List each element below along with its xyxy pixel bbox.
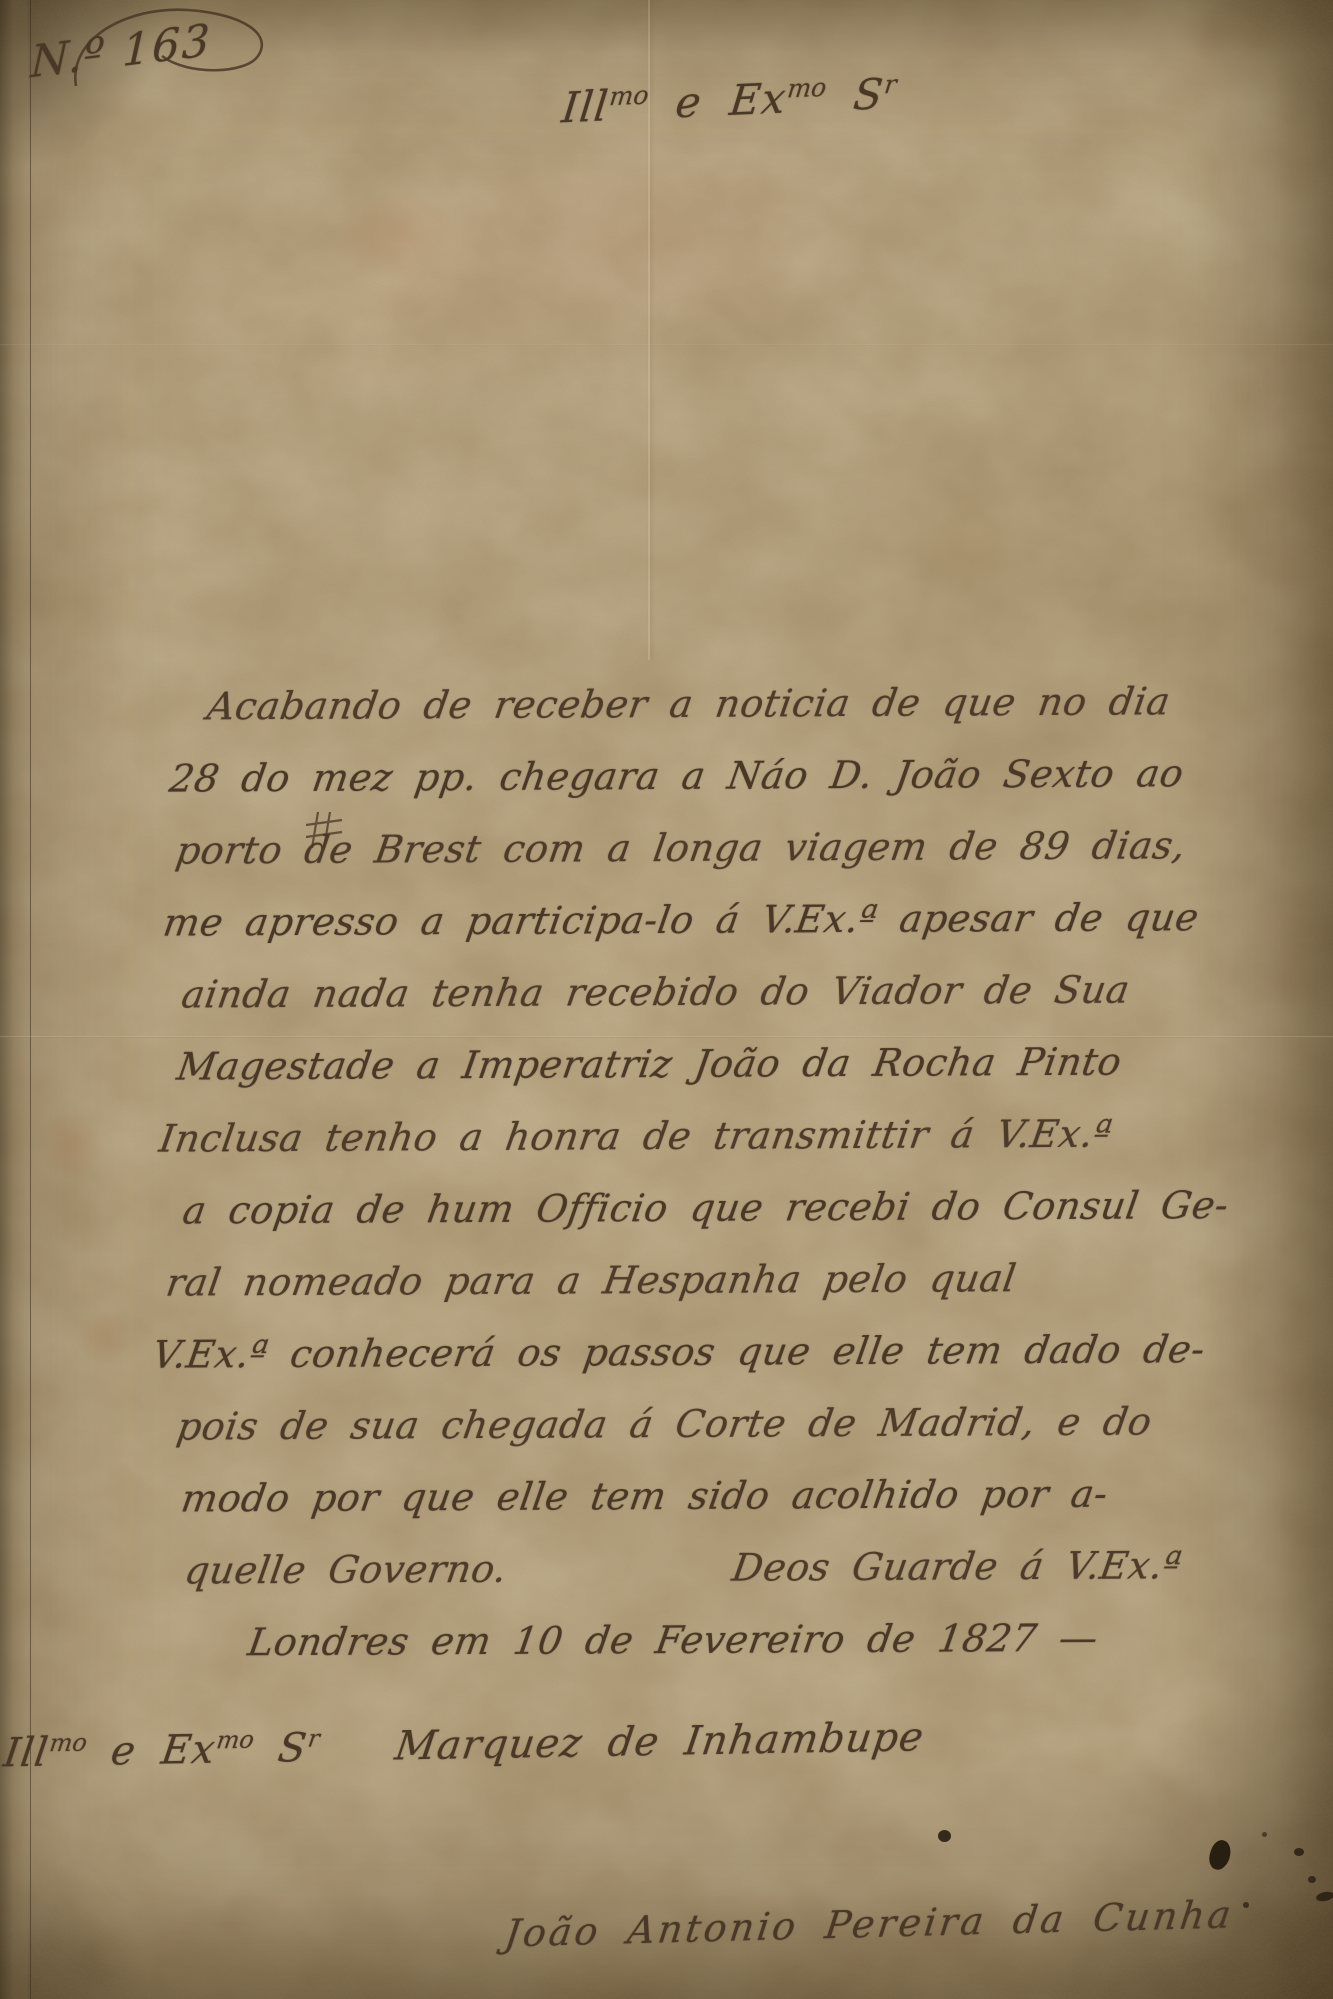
salutation-part: S bbox=[823, 69, 887, 121]
ink-blot bbox=[1308, 1876, 1316, 1883]
horizontal-fold-crease-upper bbox=[0, 344, 1333, 346]
salutation-part: e Ex bbox=[645, 73, 789, 128]
ink-blot bbox=[1315, 1890, 1333, 1903]
ink-blot bbox=[1206, 1838, 1234, 1873]
addressee-honorific: e Ex bbox=[82, 1727, 218, 1775]
manuscript-page: N.º 163 Illmo e Exmo Sr Acabando de rece… bbox=[0, 0, 1333, 1999]
body-line: 28 do mez pp. chegara a Náo D. João Sext… bbox=[0, 736, 1333, 815]
body-line: Londres em 10 de Fevereiro de 1827 — bbox=[0, 1600, 1333, 1679]
body-line: ainda nada tenha recebido do Viador de S… bbox=[0, 952, 1333, 1031]
addressee-honorific: S bbox=[249, 1725, 310, 1772]
body-line: porto de Brest com a longa viagem de 89 … bbox=[0, 808, 1333, 887]
body-line: pois de sua chegada á Corte de Madrid, e… bbox=[0, 1384, 1333, 1463]
salutation-superscript: mo bbox=[608, 80, 650, 111]
ink-blot bbox=[1262, 1832, 1267, 1837]
addressee-superscript: mo bbox=[48, 1729, 89, 1758]
body-line: V.Ex.ª conhecerá os passos que elle tem … bbox=[0, 1312, 1333, 1391]
ink-blot bbox=[938, 1830, 951, 1842]
body-line: modo por que elle tem sido acolhido por … bbox=[0, 1456, 1333, 1535]
ink-blot bbox=[1294, 1848, 1304, 1856]
letter-body: Acabando de receber a noticia de que no … bbox=[0, 665, 1333, 1680]
ink-blot bbox=[1243, 1902, 1249, 1908]
signature: João Antonio Pereira da Cunha bbox=[502, 1892, 1236, 1955]
body-line: Acabando de receber a noticia de que no … bbox=[0, 664, 1333, 743]
salutation-superscript: r bbox=[883, 70, 898, 100]
age-stain bbox=[880, 480, 1040, 600]
addressee-honorific: Ill bbox=[1, 1730, 52, 1777]
addressee-superscript: mo bbox=[215, 1726, 256, 1755]
salutation-superscript: mo bbox=[786, 73, 828, 104]
salutation-part: Ill bbox=[559, 81, 611, 132]
body-line: me apresso a participa-lo á V.Ex.ª apesa… bbox=[0, 880, 1333, 959]
body-line: quelle Governo. Deos Guarde á V.Ex.ª bbox=[0, 1528, 1333, 1607]
body-line: Magestade a Imperatriz João da Rocha Pin… bbox=[0, 1024, 1333, 1103]
addressee-name: Marquez de Inhambupe bbox=[315, 1714, 927, 1771]
salutation: Illmo e Exmo Sr bbox=[559, 69, 898, 133]
body-line: a copia de hum Officio que recebi do Con… bbox=[0, 1168, 1333, 1247]
body-line: ral nomeado para a Hespanha pelo qual bbox=[0, 1240, 1333, 1319]
body-line: Inclusa tenho a honra de transmittir á V… bbox=[0, 1096, 1333, 1175]
document-number: N.º 163 bbox=[30, 15, 213, 89]
addressee: Illmo e Exmo Sr Marquez de Inhambupe bbox=[1, 1714, 927, 1777]
age-stain bbox=[330, 190, 460, 280]
